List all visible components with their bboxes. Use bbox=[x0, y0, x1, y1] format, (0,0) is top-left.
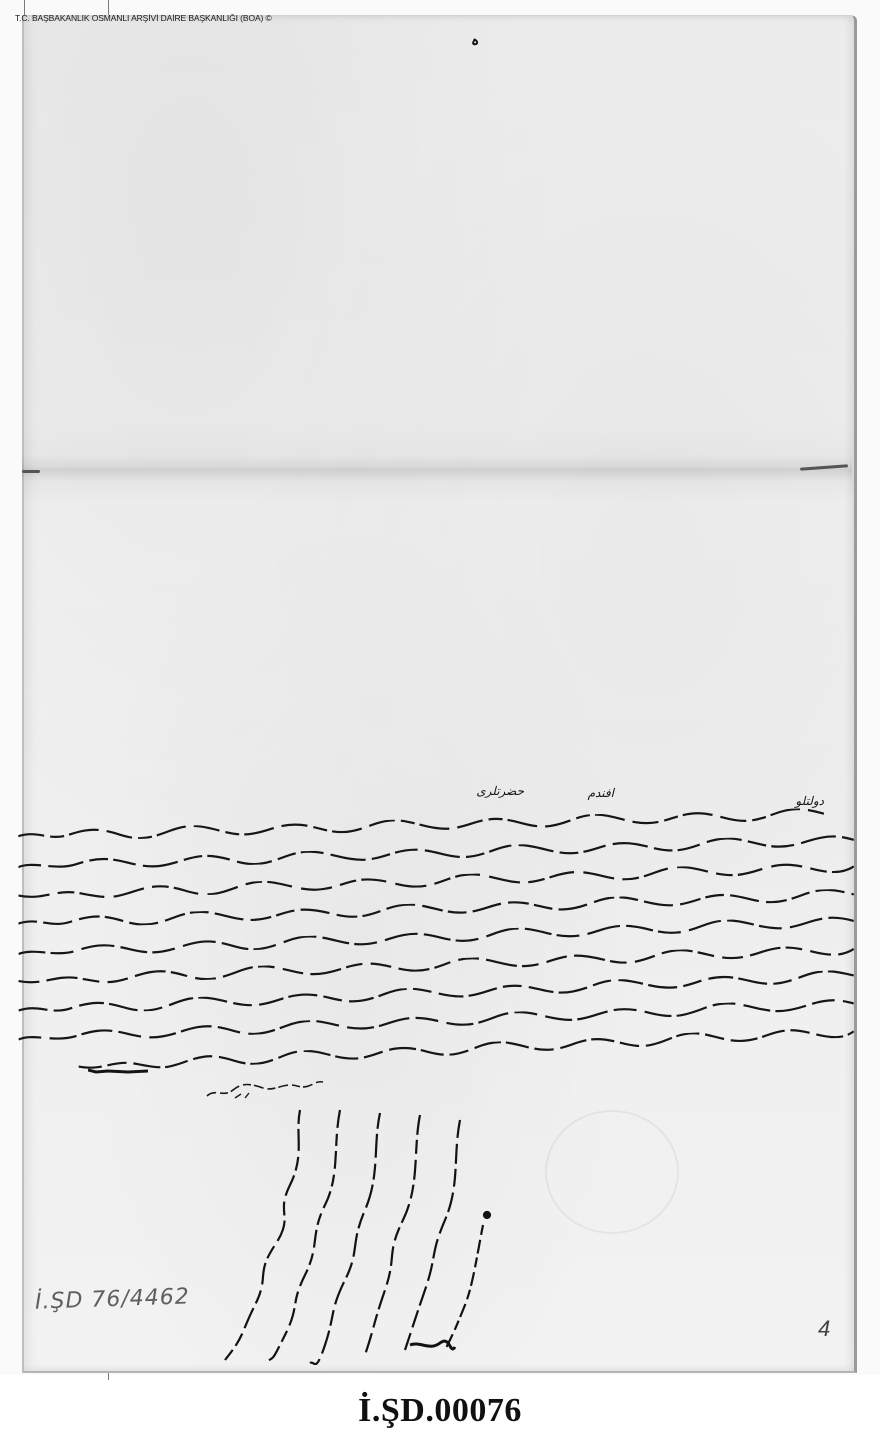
marginal-note: اقلایی اشتعال اتمام اولنوب bbox=[236, 1370, 247, 1371]
scanned-document-area: T.C. BAŞBAKANLIK OSMANLI ARŞİVİ DAİRE BA… bbox=[0, 0, 880, 1375]
scan-frame-tick bbox=[108, 1372, 109, 1380]
fold-notch-left bbox=[22, 470, 40, 473]
folio-number: 4 bbox=[818, 1316, 830, 1342]
faded-seal-stamp bbox=[545, 1110, 679, 1234]
diagonal-handwritten-notes bbox=[215, 1105, 555, 1365]
salutation-word: حضرتلری bbox=[476, 784, 524, 798]
marginal-notes: صورتی عرض اوله‌رق معروض چاکرانه کمتر ایل… bbox=[215, 1105, 555, 1365]
marginal-note: معروض چاکرانه کمتر ایلدرکه bbox=[247, 1370, 259, 1371]
date-annotation: ۲۴ شعبان سنه ۳۲۲ bbox=[205, 1078, 325, 1100]
document-id-caption: İ.ŞD.00076 bbox=[0, 1392, 880, 1430]
marginal-note: فی ۲۴ شعبان سنه ۳۲۲ bbox=[215, 1370, 224, 1371]
page-mark: ہ bbox=[471, 32, 479, 49]
salutation-word: افندم bbox=[588, 786, 614, 800]
ottoman-text-block: دولتلو افندم حضرتلری طبیه نظارتنك استعار… bbox=[18, 780, 854, 1060]
paper-fold-crease bbox=[22, 455, 852, 481]
archive-copyright-notice: T.C. BAŞBAKANLIK OSMANLI ARŞİVİ DAİRE BA… bbox=[15, 13, 272, 23]
marginal-note: صورتی عرض اوله‌رق bbox=[259, 1370, 268, 1371]
signature-dash bbox=[88, 1068, 148, 1074]
date-handwriting bbox=[205, 1078, 325, 1100]
marginal-note: نفاده جوان بولنان عملیات bbox=[225, 1370, 236, 1371]
